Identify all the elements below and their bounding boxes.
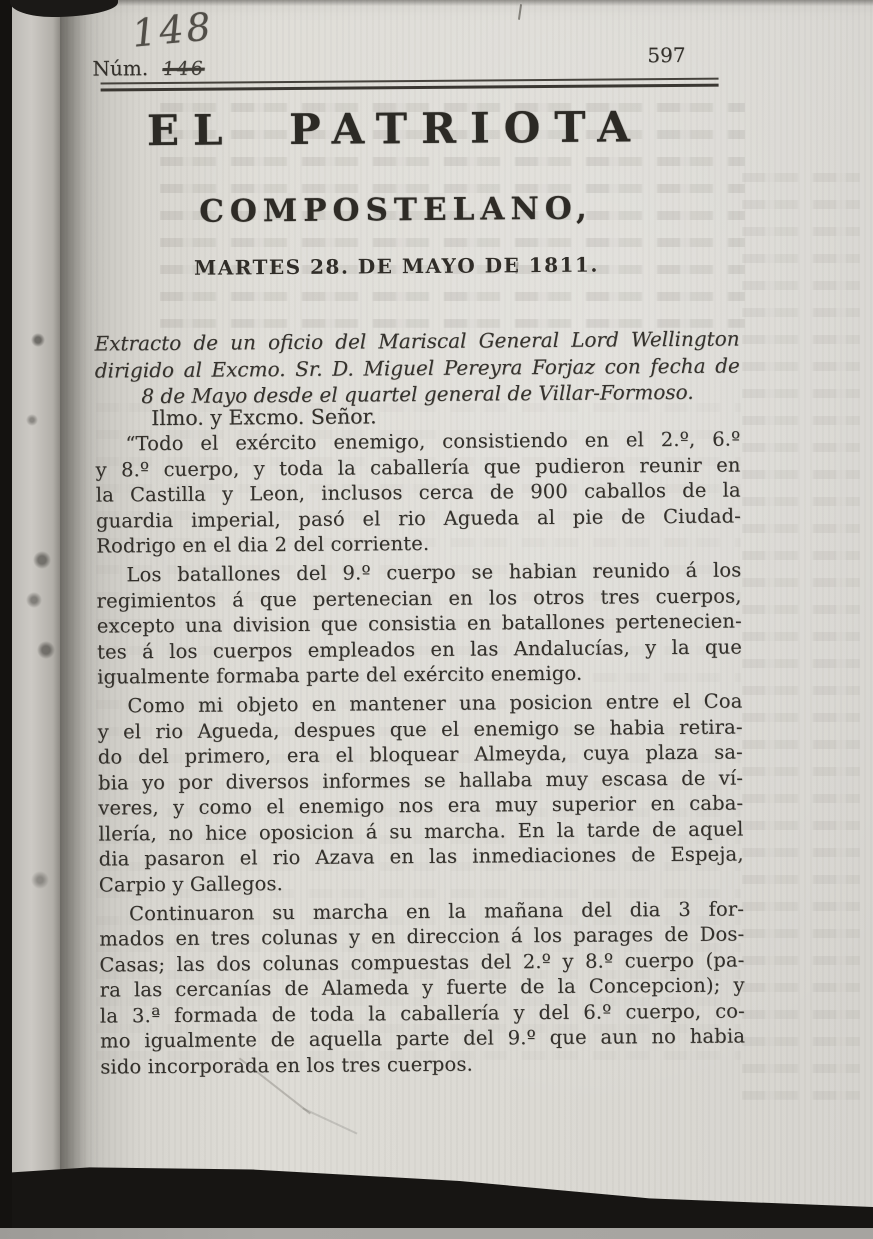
issue-date: MARTES 28. DE MAYO DE 1811.: [74, 252, 719, 281]
issue-label: Núm.: [92, 56, 148, 80]
text-line: Carpio y Gallegos.: [99, 867, 744, 898]
text-line: dia pasaron el rio Azava en las inmediac…: [99, 841, 744, 872]
handwritten-issue-number: 148: [130, 4, 215, 56]
newspaper-title-line1: EL PATRIOTA: [73, 102, 718, 156]
scanner-background-left: [0, 0, 12, 1239]
page-number: 597: [647, 43, 685, 67]
salutation: Ilmo. y Excmo. Señor.: [151, 404, 377, 430]
paragraph: Como mi objeto en mantener una posicion …: [97, 688, 744, 897]
text-line: sido incorporada en los tres cuerpos.: [100, 1049, 745, 1080]
article-heading: Extracto de un oficio del Mariscal Gener…: [95, 325, 741, 410]
text-line: mo igualmente de aquella parte del 9.º q…: [100, 1023, 745, 1054]
text-line: tes á los cuerpos empleados en las Andal…: [97, 634, 742, 665]
issue-number-line: Núm. 146: [92, 56, 205, 81]
scanned-newspaper-page: 148 Núm. 146 597 EL PATRIOTA COMPOSTELAN…: [0, 0, 873, 1239]
scanner-bed-strip: [0, 1228, 873, 1239]
paragraph: Los batallones del 9.º cuerpo se habian …: [96, 557, 742, 690]
struck-issue-number: 146: [161, 58, 206, 80]
newspaper-title-line2: COMPOSTELANO,: [73, 190, 718, 231]
text-line: guardia imperial, pasó el rio Agueda al …: [96, 503, 741, 534]
text-line: Rodrigo en el dia 2 del corriente.: [96, 528, 741, 559]
page-content: 148 Núm. 146 597 EL PATRIOTA COMPOSTELAN…: [0, 0, 873, 1239]
paragraph: “Todo el exército enemigo, consistiendo …: [95, 426, 741, 559]
paragraph: Continuaron su marcha en la mañana del d…: [99, 896, 745, 1080]
text-line: igualmente formaba parte del exército en…: [97, 659, 742, 690]
article-body: “Todo el exército enemigo, consistiendo …: [95, 426, 745, 1083]
page-top-edge-shadow: [110, 0, 873, 6]
adjacent-page-edge: [12, 0, 60, 1239]
